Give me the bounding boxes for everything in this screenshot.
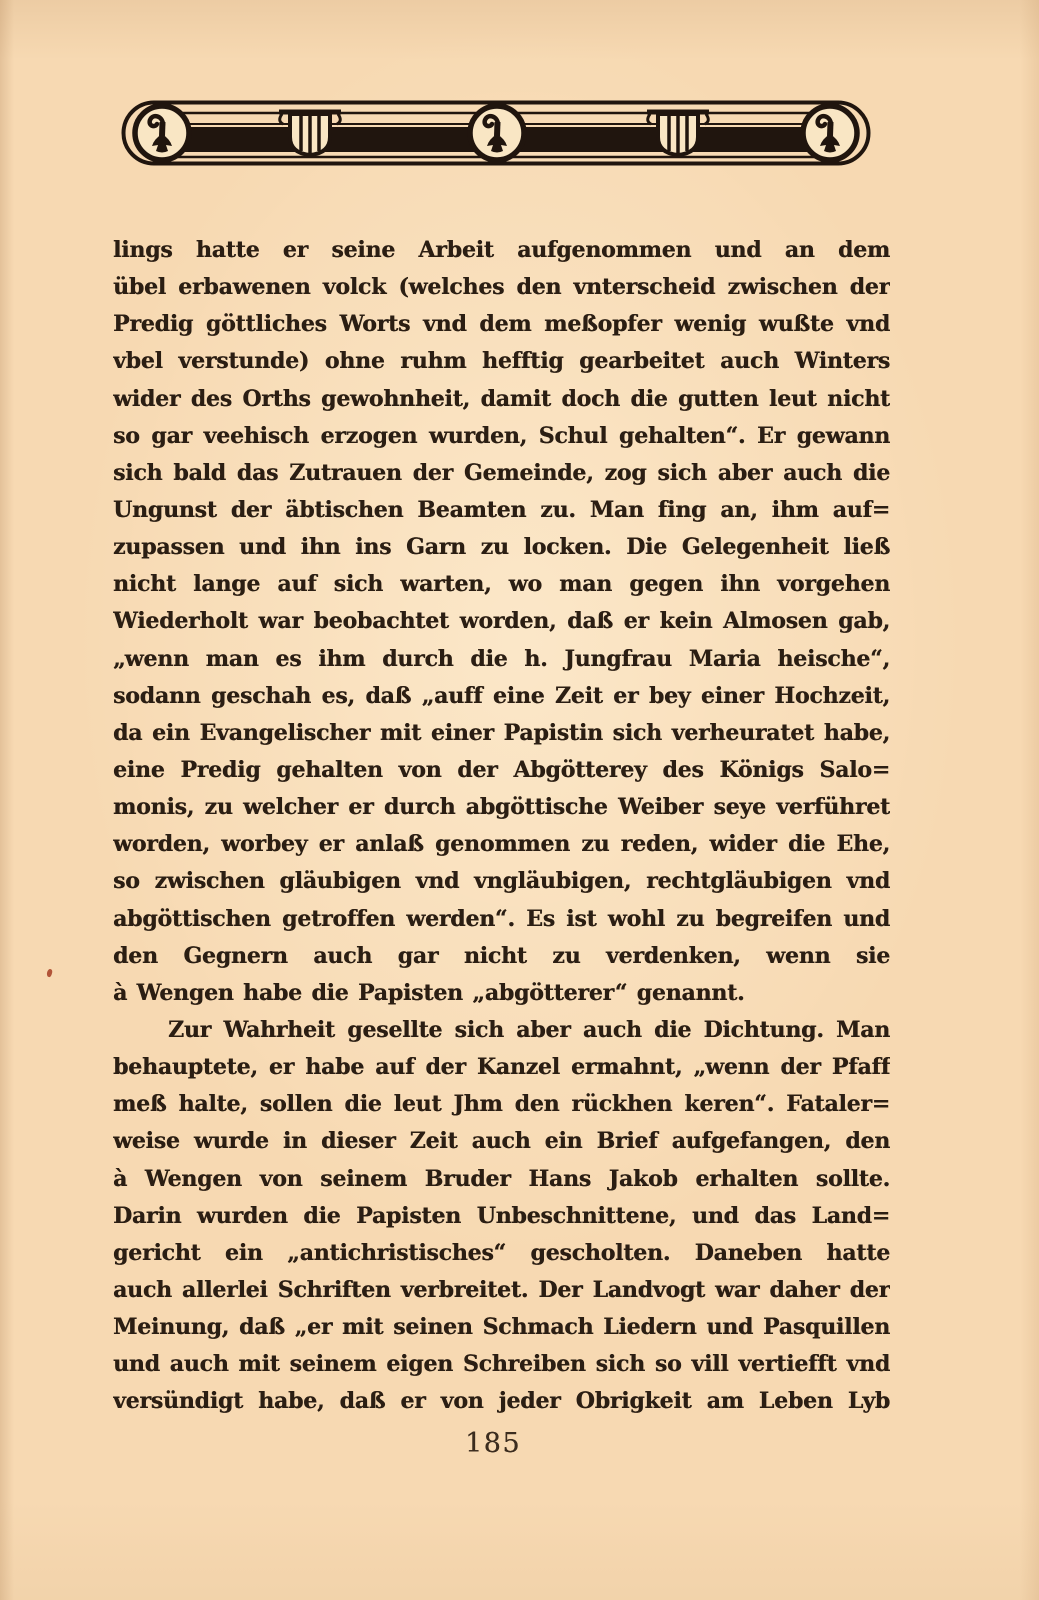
text-line: lings hatte er seine Arbeit aufgenommen … — [113, 232, 890, 269]
text-line: eine Predig gehalten von der Abgötterey … — [113, 752, 890, 789]
text-line: abgöttischen getroffen werden“. Es ist w… — [113, 901, 890, 938]
text-line: zupassen und ihn ins Garn zu locken. Die… — [113, 529, 890, 566]
text-line: meß halte, sollen die leut Jhm den rückh… — [113, 1086, 890, 1123]
text-line: den Gegnern auch gar nicht zu verdenken,… — [113, 938, 890, 975]
text-line: sich bald das Zutrauen der Gemeinde, zog… — [113, 455, 890, 492]
text-line-paragraph-start: Zur Wahrheit gesellte sich aber auch die… — [113, 1012, 890, 1049]
text-line: versündigt habe, daß er von jeder Obrigk… — [113, 1383, 890, 1420]
text-line: Ungunst der äbtischen Beamten zu. Man fi… — [113, 492, 890, 529]
text-line: übel erbawenen volck (welches den vnters… — [113, 269, 890, 306]
text-line: Predig göttliches Worts vnd dem meßopfer… — [113, 306, 890, 343]
text-line: à Wengen von seinem Bruder Hans Jakob er… — [113, 1161, 890, 1198]
text-line: und auch mit seinem eigen Schreiben sich… — [113, 1346, 890, 1383]
text-line: da ein Evangelischer mit einer Papistin … — [113, 715, 890, 752]
text-line: nicht lange auf sich warten, wo man gege… — [113, 566, 890, 603]
text-line: worden, worbey er anlaß genommen zu rede… — [113, 826, 890, 863]
text-line: „wenn man es ihm durch die h. Jungfrau M… — [113, 641, 890, 678]
text-line: sodann geschah es, daß „auff eine Zeit e… — [113, 678, 890, 715]
page-text: lings hatte er seine Arbeit aufgenommen … — [113, 232, 890, 1421]
text-line: wider des Orths gewohnheit, damit doch d… — [113, 381, 890, 418]
text-line: weise wurde in dieser Zeit auch ein Brie… — [113, 1123, 890, 1160]
text-line: behauptete, er habe auf der Kanzel ermah… — [113, 1049, 890, 1086]
text-line: so zwischen gläubigen vnd vngläubigen, r… — [113, 863, 890, 900]
text-line-paragraph-end: à Wengen habe die Papisten „abgötterer“ … — [113, 975, 890, 1012]
text-line: Darin wurden die Papisten Unbeschnittene… — [113, 1198, 890, 1235]
page-number: 185 — [113, 1428, 873, 1459]
text-line: Wiederholt war beobachtet worden, daß er… — [113, 603, 890, 640]
text-line: so gar veehisch erzogen wurden, Schul ge… — [113, 418, 890, 455]
margin-speck — [46, 968, 53, 977]
text-line: vbel verstunde) ohne ruhm hefftig gearbe… — [113, 343, 890, 380]
header-ornament — [121, 100, 871, 166]
text-line: monis, zu welcher er durch abgöttische W… — [113, 789, 890, 826]
text-line: gericht ein „antichristisches“ gescholte… — [113, 1235, 890, 1272]
text-line: auch allerlei Schriften verbreitet. Der … — [113, 1272, 890, 1309]
text-line: Meinung, daß „er mit seinen Schmach Lied… — [113, 1309, 890, 1346]
